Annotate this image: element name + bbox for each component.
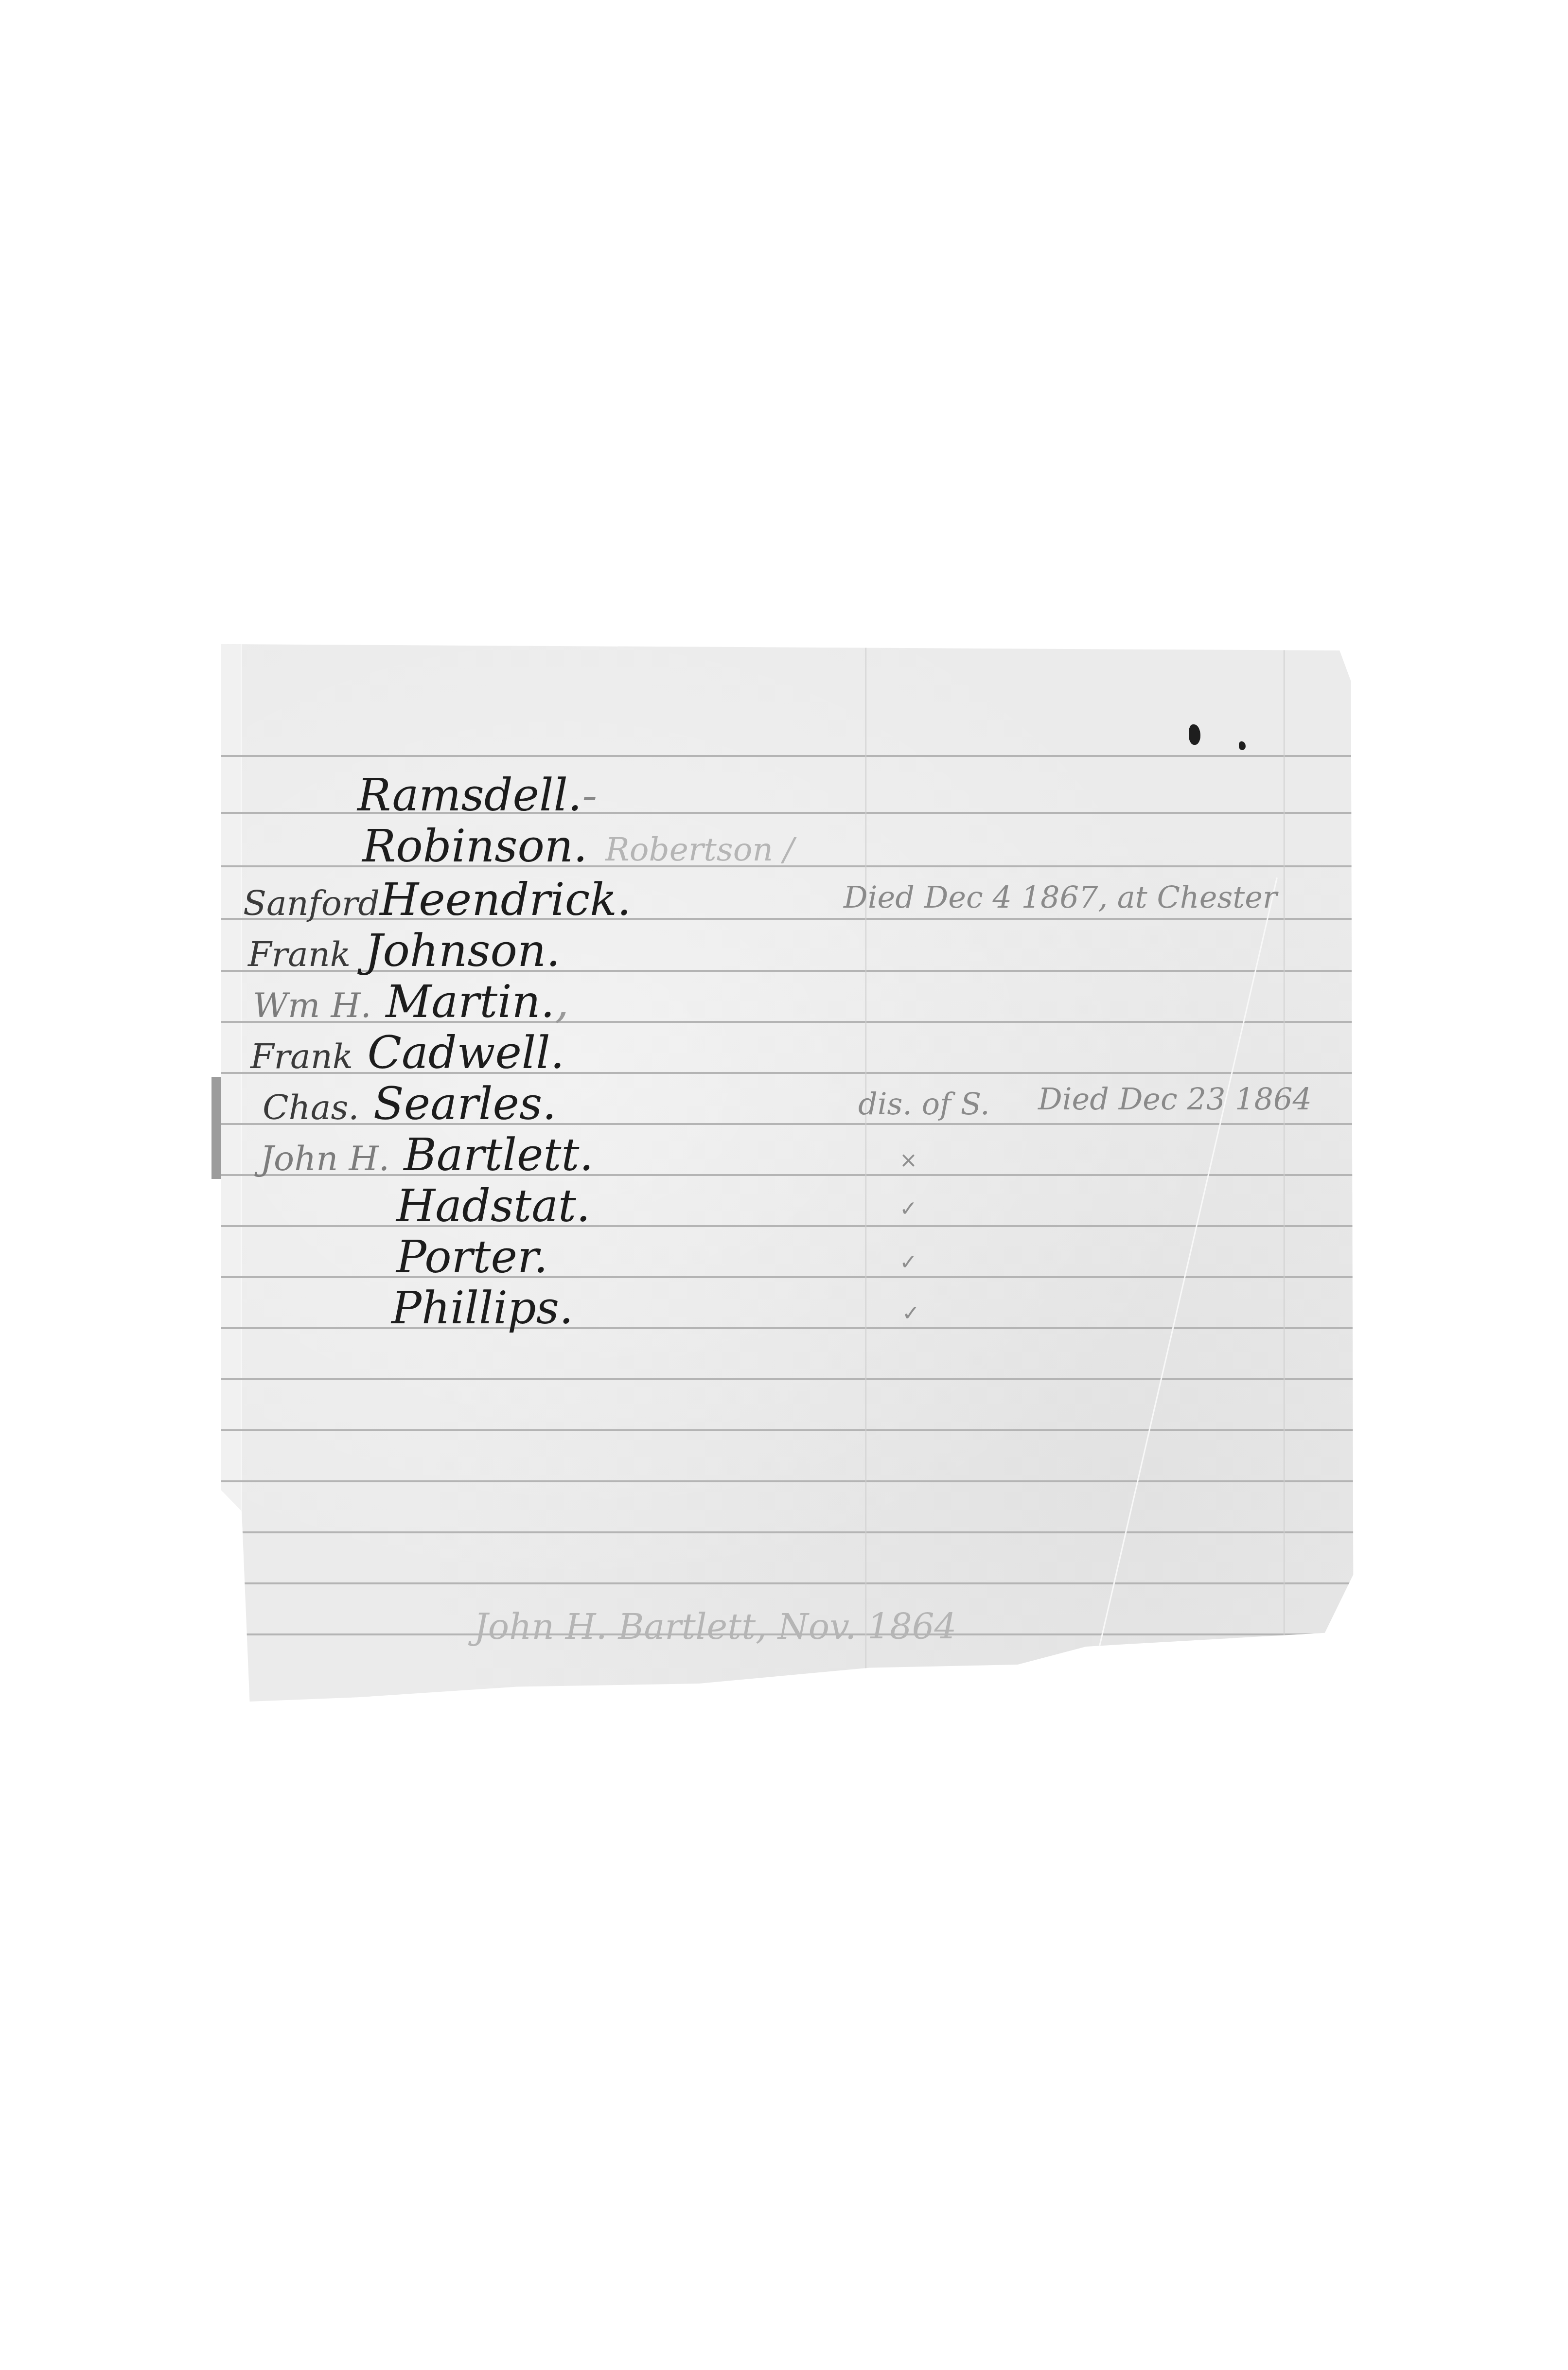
ruled-line	[221, 755, 1359, 757]
roster-entry: Robinson.	[362, 824, 587, 869]
surname: Phillips.	[391, 1282, 573, 1334]
column-crease	[1284, 644, 1285, 1702]
given-name: Sanford	[243, 883, 380, 923]
surname: Robinson.	[362, 820, 587, 872]
check-mark-icon: ✓	[899, 1252, 917, 1273]
ink-blot	[1239, 741, 1246, 750]
cross-mark-icon: ×	[899, 1150, 917, 1171]
left-margin-strip	[221, 644, 242, 1702]
surname: Cadwell.	[368, 1027, 564, 1079]
fold-crease	[1091, 878, 1278, 1683]
roster-entry: SanfordHeendrick.	[243, 878, 631, 922]
roster-entry: Frank Cadwell.	[250, 1031, 564, 1075]
surname: Martin.	[386, 976, 555, 1028]
surname: Heendrick.	[380, 874, 631, 926]
check-mark-icon: ✓	[899, 1198, 917, 1220]
surname: Porter.	[396, 1231, 548, 1283]
ruled-line	[221, 1276, 1359, 1278]
given-name: Frank	[248, 934, 351, 974]
death-note: Died Dec 23 1864	[1038, 1084, 1312, 1114]
roster-entry: Hadstat.	[396, 1184, 590, 1229]
surname: Bartlett.	[404, 1129, 593, 1181]
ruled-line	[221, 1378, 1359, 1380]
death-note: Died Dec 4 1867, at Chester	[844, 882, 1277, 913]
ruled-line	[221, 1480, 1359, 1482]
given-name: Chas.	[263, 1088, 359, 1127]
given-name: Frank	[250, 1036, 353, 1076]
ledger-sheet: Ramsdell.- Robinson. Robertson / Sanford…	[221, 644, 1359, 1702]
death-note-prefix: dis. of S.	[858, 1089, 990, 1119]
ruled-line	[221, 1225, 1359, 1227]
entry-mark: ,	[555, 976, 569, 1028]
roster-entry: Phillips.	[391, 1286, 573, 1331]
column-crease	[865, 644, 866, 1702]
given-name: Wm H.	[253, 985, 371, 1025]
surname: Ramsdell.	[357, 769, 582, 821]
ink-blot	[1189, 724, 1200, 745]
entry-mark: -	[582, 769, 597, 821]
roster-entry: Ramsdell.-	[357, 773, 597, 818]
ruled-line	[221, 1429, 1359, 1431]
given-name: John H.	[260, 1139, 389, 1178]
correction-note: Robertson /	[605, 834, 794, 866]
roster-entry: Porter.	[396, 1235, 548, 1280]
footer-signature: John H. Bartlett, Nov. 1864	[474, 1609, 956, 1644]
surname: Searles.	[373, 1078, 557, 1130]
ruled-line	[221, 1531, 1359, 1533]
surname: Hadstat.	[396, 1180, 590, 1232]
ruled-line	[221, 1582, 1359, 1584]
roster-entry: Wm H. Martin.,	[253, 980, 569, 1024]
surname: Johnson.	[365, 925, 561, 977]
roster-entry: Frank Johnson.	[248, 929, 560, 973]
roster-entry: John H. Bartlett.	[260, 1133, 594, 1177]
roster-entry: Chas. Searles.	[263, 1082, 556, 1126]
check-mark-icon: ✓	[902, 1303, 920, 1324]
